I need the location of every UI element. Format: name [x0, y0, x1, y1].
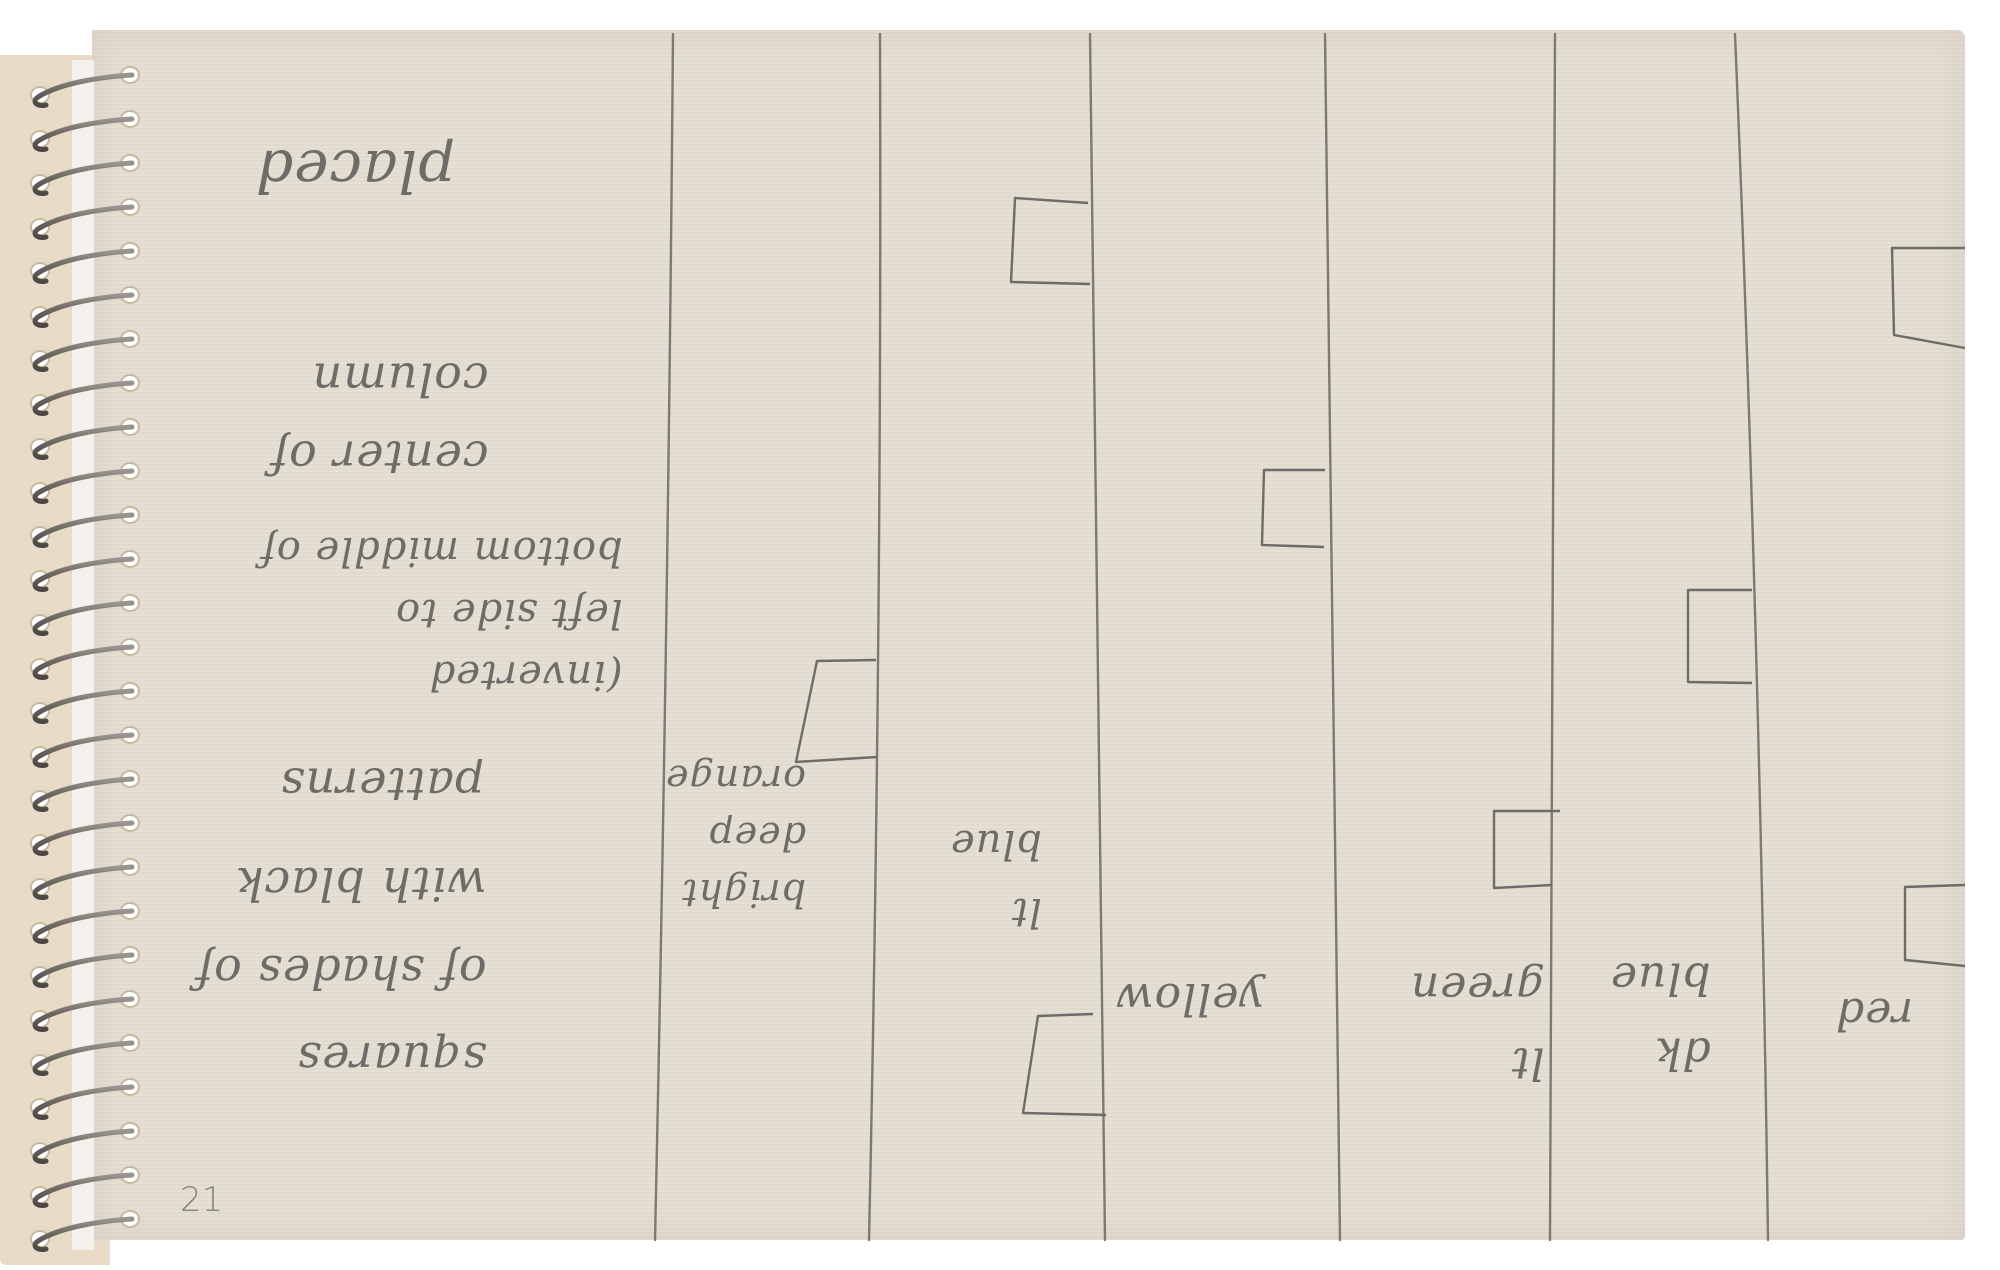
- note-line-placed: placed: [255, 140, 455, 201]
- column-line-5: [1550, 34, 1555, 1240]
- column-line-3: [1090, 34, 1105, 1240]
- square-yellow: [1262, 470, 1325, 547]
- square-bright-deep-orange: [796, 660, 877, 762]
- square-lt-green: [1494, 811, 1560, 888]
- square-lt-blue-bottom: [1023, 1014, 1106, 1115]
- column-label-lt-blue: lt blue: [950, 810, 1042, 946]
- column-label-bright-deep-orange: bright deep orange: [665, 750, 806, 921]
- column-line-4: [1325, 34, 1340, 1240]
- column-line-1: [655, 34, 673, 1240]
- square-red-top: [1892, 248, 1965, 348]
- note-line-patterns: patterns: [280, 760, 484, 808]
- square-red-bottom: [1905, 885, 1965, 966]
- column-label-yellow: yellow: [1115, 975, 1264, 1021]
- note-line-center-of-column: center of column: [270, 340, 489, 496]
- column-label-dk-blue: dk blue: [1610, 940, 1711, 1090]
- page-number: 21: [180, 1180, 223, 1220]
- column-line-6: [1735, 34, 1768, 1240]
- square-lt-blue-top: [1011, 198, 1090, 284]
- column-line-2: [869, 34, 880, 1240]
- column-label-red: red: [1835, 990, 1913, 1036]
- note-line-inverted-block: (inverted left side to bottom middle of: [260, 520, 623, 706]
- note-line-squares-block: squares of shades of with black: [195, 840, 487, 1102]
- column-label-lt-green: lt green: [1410, 950, 1545, 1100]
- square-dk-blue: [1688, 590, 1752, 683]
